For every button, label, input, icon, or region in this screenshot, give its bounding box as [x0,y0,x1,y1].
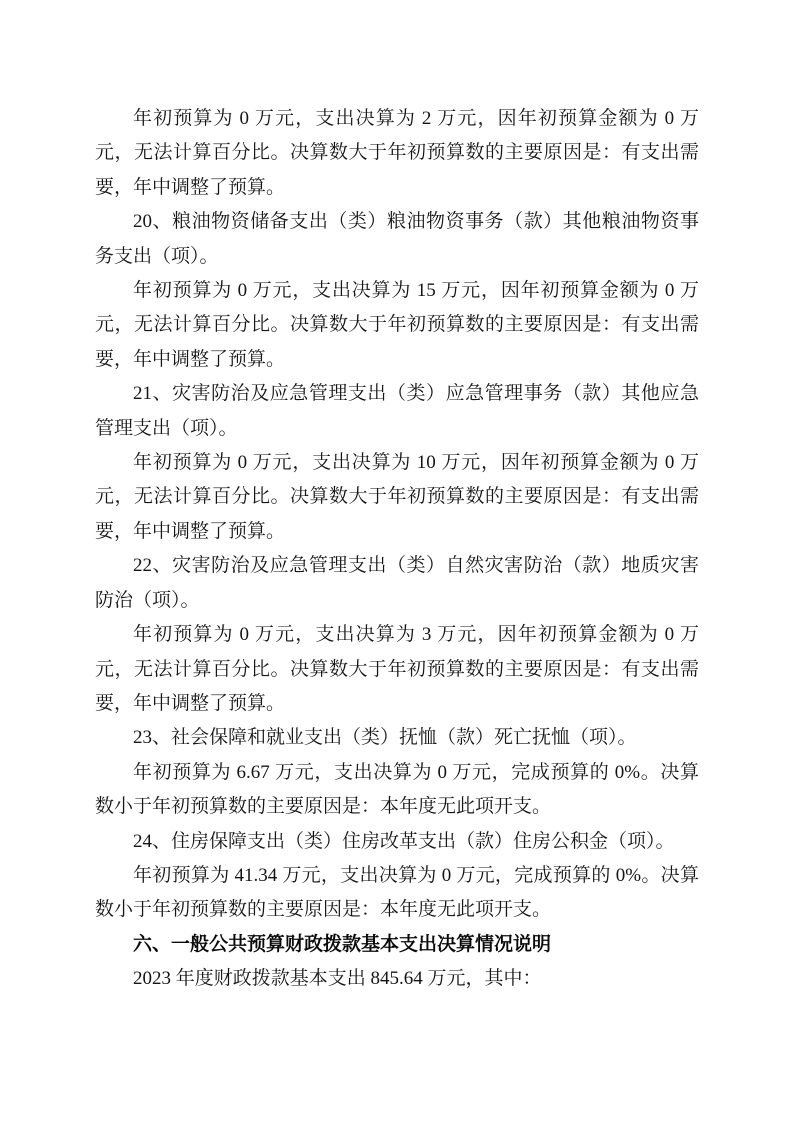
document-content: 年初预算为 0 万元，支出决算为 2 万元，因年初预算金额为 0 万元，无法计算… [95,102,699,997]
para-item20-title: 20、粮油物资储备支出（类）粮油物资事务（款）其他粮油物资事务支出（项）。 [95,205,699,274]
para-item24-title: 24、住房保障支出（类）住房改革支出（款）住房公积金（项）。 [95,825,699,859]
para-section-six-intro: 2023 年度财政拨款基本支出 845.64 万元，其中： [95,962,699,996]
para-item20-detail: 年初预算为 0 万元，支出决算为 15 万元，因年初预算金额为 0 万元，无法计… [95,274,699,377]
para-item23-title: 23、社会保障和就业支出（类）抚恤（款）死亡抚恤（项）。 [95,721,699,755]
para-item22-title: 22、灾害防治及应急管理支出（类）自然灾害防治（款）地质灾害防治（项）。 [95,549,699,618]
section-six-heading: 六、一般公共预算财政拨款基本支出决算情况说明 [95,928,699,962]
document-page: 年初预算为 0 万元，支出决算为 2 万元，因年初预算金额为 0 万元，无法计算… [0,0,793,1122]
para-item24-detail: 年初预算为 41.34 万元，支出决算为 0 万元，完成预算的 0%。决算数小于… [95,859,699,928]
para-item23-detail: 年初预算为 6.67 万元，支出决算为 0 万元，完成预算的 0%。决算数小于年… [95,756,699,825]
para-item22-detail: 年初预算为 0 万元，支出决算为 3 万元，因年初预算金额为 0 万元，无法计算… [95,618,699,721]
para-item19-detail: 年初预算为 0 万元，支出决算为 2 万元，因年初预算金额为 0 万元，无法计算… [95,102,699,205]
para-item21-detail: 年初预算为 0 万元，支出决算为 10 万元，因年初预算金额为 0 万元，无法计… [95,446,699,549]
para-item21-title: 21、灾害防治及应急管理支出（类）应急管理事务（款）其他应急管理支出（项）。 [95,377,699,446]
